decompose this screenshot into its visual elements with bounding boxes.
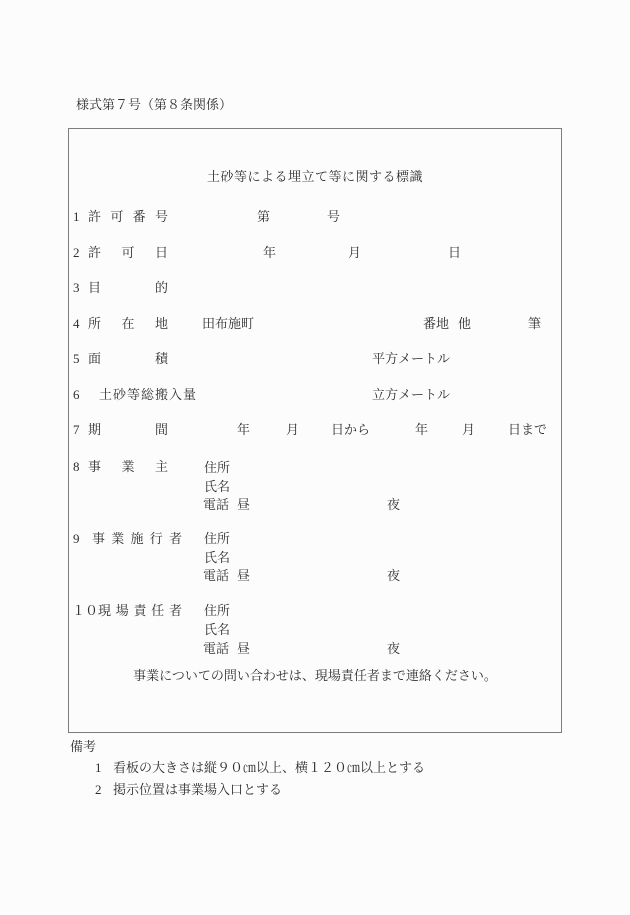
permit-date-year: 年 [263, 245, 276, 261]
location-hoka: 他 [458, 316, 471, 332]
permit-date-label: 許可日 [88, 245, 168, 261]
business-owner-row-num: 8 [73, 459, 80, 475]
project-executor-phone-night-label: 夜 [387, 568, 400, 584]
remarks-heading: 備考 [70, 739, 96, 755]
remark-1-text: 看板の大きさは縦９０㎝以上、横１２０㎝以上とする [113, 760, 425, 776]
permit-date-row-num: 2 [73, 245, 80, 261]
site-manager-name-label: 氏名 [204, 622, 230, 638]
site-manager-row-num: １０ [72, 603, 98, 619]
contact-note: 事業についての問い合わせは、現場責任者まで連絡ください。 [69, 668, 561, 684]
project-executor-name-label: 氏名 [204, 550, 230, 566]
business-owner-phone-day-label: 昼 [237, 497, 250, 513]
project-executor-phone-label: 電話 [203, 568, 229, 584]
sign-border-box: 土砂等による埋立て等に関する標識 1 許可番号 第 号 2 許可日 年 月 日 … [68, 128, 562, 733]
period-label: 期間 [88, 422, 168, 438]
permit-number-label: 許可番号 [88, 209, 168, 225]
location-label: 所在地 [88, 316, 168, 332]
project-executor-label: 事業施行者 [92, 531, 182, 547]
period-start-day: 日から [331, 422, 370, 438]
site-manager-phone-label: 電話 [203, 641, 229, 657]
purpose-label: 目的 [88, 280, 168, 296]
area-unit: 平方メートル [372, 351, 450, 367]
site-manager-address-label: 住所 [204, 603, 230, 619]
sign-title: 土砂等による埋立て等に関する標識 [69, 169, 561, 185]
permit-number-prefix: 第 [257, 209, 270, 225]
location-town: 田布施町 [202, 316, 254, 332]
site-manager-phone-day-label: 昼 [237, 641, 250, 657]
permit-number-suffix: 号 [327, 209, 340, 225]
purpose-row-num: 3 [73, 280, 80, 296]
business-owner-name-label: 氏名 [204, 479, 230, 495]
soil-volume-label: 土砂等総搬入量 [99, 387, 197, 403]
period-end-month: 月 [462, 422, 475, 438]
site-manager-phone-night-label: 夜 [387, 641, 400, 657]
document-page: 様式第７号（第８条関係） 土砂等による埋立て等に関する標識 1 許可番号 第 号… [0, 0, 630, 915]
project-executor-phone-day-label: 昼 [237, 568, 250, 584]
period-start-year: 年 [237, 422, 250, 438]
period-start-month: 月 [286, 422, 299, 438]
soil-volume-unit: 立方メートル [372, 387, 450, 403]
period-end-day: 日まで [508, 422, 547, 438]
period-end-year: 年 [415, 422, 428, 438]
permit-date-month: 月 [348, 245, 361, 261]
remark-2-text: 掲示位置は事業場入口とする [113, 782, 282, 798]
soil-volume-row-num: 6 [73, 387, 80, 403]
remark-1-num: 1 [95, 760, 102, 776]
project-executor-address-label: 住所 [204, 531, 230, 547]
business-owner-phone-night-label: 夜 [387, 497, 400, 513]
area-label: 面積 [88, 351, 168, 367]
remark-2-num: 2 [95, 782, 102, 798]
permit-number-row-num: 1 [73, 209, 80, 225]
project-executor-row-num: 9 [73, 531, 80, 547]
period-row-num: 7 [73, 422, 80, 438]
form-code: 様式第７号（第８条関係） [76, 97, 232, 113]
area-row-num: 5 [73, 351, 80, 367]
location-row-num: 4 [73, 316, 80, 332]
permit-date-day: 日 [448, 245, 461, 261]
location-banchi: 番地 [423, 316, 449, 332]
business-owner-label: 事業主 [88, 459, 168, 475]
business-owner-address-label: 住所 [204, 460, 230, 476]
business-owner-phone-label: 電話 [203, 497, 229, 513]
location-fude: 筆 [528, 316, 541, 332]
site-manager-label: 現場責任者 [98, 603, 182, 619]
